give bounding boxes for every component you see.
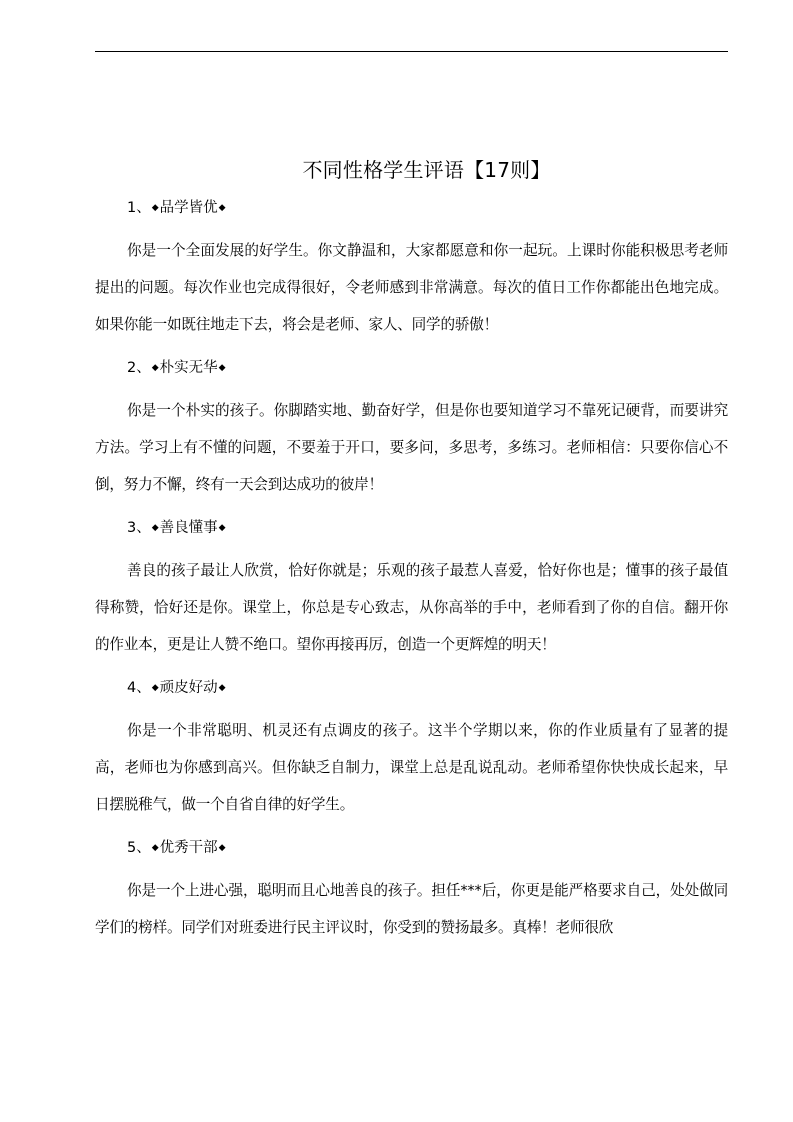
section-number: 1、 — [127, 200, 151, 216]
diamond-icon: ◆ — [152, 356, 159, 380]
section-heading: 4、◆顽皮好动◆ — [95, 676, 728, 700]
section-heading-text: 顽皮好动 — [160, 680, 218, 696]
section-heading-text: 优秀干部 — [160, 840, 218, 856]
section-body: 善良的孩子最让人欣赏，恰好你就是；乐观的孩子最惹人喜爱，恰好你也是；懂事的孩子最… — [95, 552, 728, 663]
section-body: 你是一个朴实的孩子。你脚踏实地、勤奋好学，但是你也要知道学习不靠死记硬背，而要讲… — [95, 392, 728, 503]
section-heading-text: 品学皆优 — [160, 200, 218, 216]
section-heading-text: 朴实无华 — [160, 360, 218, 376]
comment-section: 2、◆朴实无华◆ 你是一个朴实的孩子。你脚踏实地、勤奋好学，但是你也要知道学习不… — [95, 356, 728, 503]
section-body: 你是一个上进心强，聪明而且心地善良的孩子。担任***后，你更是能严格要求自己，处… — [95, 872, 728, 946]
document-title: 不同性格学生评语【17则】 — [125, 150, 728, 190]
header-rule — [95, 51, 728, 52]
section-heading-text: 善良懂事 — [160, 520, 218, 536]
diamond-icon: ◆ — [219, 196, 226, 220]
comment-section: 1、◆品学皆优◆ 你是一个全面发展的好学生。你文静温和，大家都愿意和你一起玩。上… — [95, 196, 728, 343]
document-page: 不同性格学生评语【17则】 1、◆品学皆优◆ 你是一个全面发展的好学生。你文静温… — [95, 150, 728, 959]
section-number: 4、 — [127, 680, 151, 696]
section-heading: 2、◆朴实无华◆ — [95, 356, 728, 380]
section-number: 2、 — [127, 360, 151, 376]
diamond-icon: ◆ — [152, 836, 159, 860]
section-number: 5、 — [127, 840, 151, 856]
section-body: 你是一个非常聪明、机灵还有点调皮的孩子。这半个学期以来，你的作业质量有了显著的提… — [95, 712, 728, 823]
comment-section: 3、◆善良懂事◆ 善良的孩子最让人欣赏，恰好你就是；乐观的孩子最惹人喜爱，恰好你… — [95, 516, 728, 663]
diamond-icon: ◆ — [219, 836, 226, 860]
diamond-icon: ◆ — [219, 516, 226, 540]
section-heading: 3、◆善良懂事◆ — [95, 516, 728, 540]
diamond-icon: ◆ — [152, 676, 159, 700]
section-heading: 5、◆优秀干部◆ — [95, 836, 728, 860]
section-body: 你是一个全面发展的好学生。你文静温和，大家都愿意和你一起玩。上课时你能积极思考老… — [95, 232, 728, 343]
section-heading: 1、◆品学皆优◆ — [95, 196, 728, 220]
section-number: 3、 — [127, 520, 151, 536]
diamond-icon: ◆ — [219, 676, 226, 700]
diamond-icon: ◆ — [152, 516, 159, 540]
comment-section: 4、◆顽皮好动◆ 你是一个非常聪明、机灵还有点调皮的孩子。这半个学期以来，你的作… — [95, 676, 728, 823]
diamond-icon: ◆ — [152, 196, 159, 220]
diamond-icon: ◆ — [219, 356, 226, 380]
comment-section: 5、◆优秀干部◆ 你是一个上进心强，聪明而且心地善良的孩子。担任***后，你更是… — [95, 836, 728, 946]
